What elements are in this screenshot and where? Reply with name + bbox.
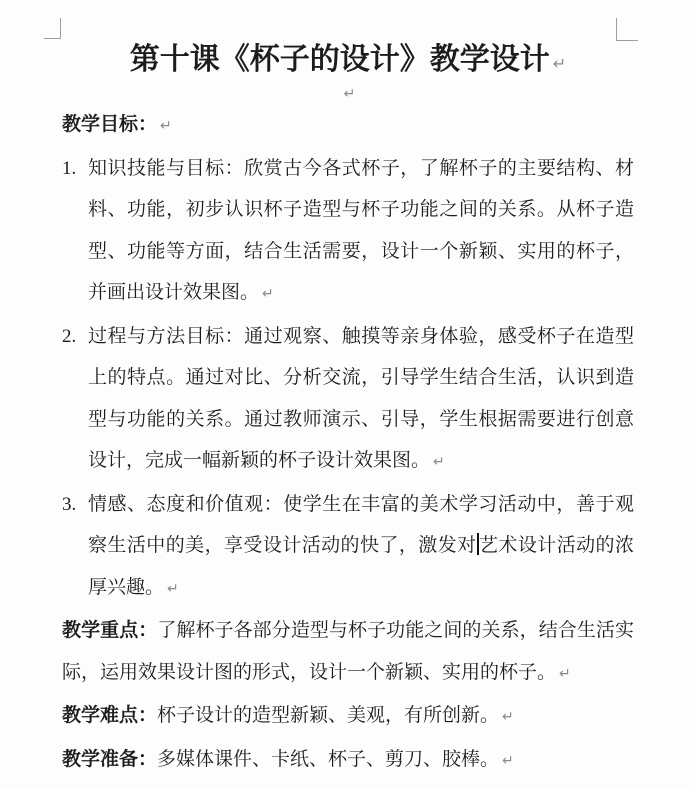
key-points-label: 教学重点： [62, 620, 157, 641]
text-run: 型与功能的关系。通过教师演示、引导，学生根据需要进行创意 [88, 409, 634, 430]
text-run: 察生活中的美，享受设计活动的快了，激发对 [88, 535, 477, 556]
difficulties-line[interactable]: 教学难点：杯子设计的造型新颖、美观，有所创新。↵ [62, 695, 634, 739]
text-run: 了解杯子各部分造型与杯子功能之间的关系，结合生活实 [157, 620, 634, 641]
list-item-3-line-3[interactable]: 厚兴趣。↵ [62, 567, 634, 611]
empty-paragraph-line[interactable]: ↵ [62, 84, 634, 104]
paragraph-mark-icon: ↵ [262, 286, 274, 302]
paragraph-mark-icon: ↵ [502, 709, 514, 725]
list-item-1-line-2[interactable]: 料、功能，初步认识杯子造型与杯子功能之间的关系。从杯子造 [62, 189, 634, 231]
key-points-line-2[interactable]: 际，运用效果设计图的形式，设计一个新颖、实用的杯子。↵ [62, 652, 634, 696]
text-run: 杯子设计的造型新颖、美观，有所创新。 [157, 705, 499, 726]
list-item-3-line-1[interactable]: 3.情感、态度和价值观：使学生在丰富的美术学习活动中，善于观 [62, 484, 634, 526]
text-run: 情感、态度和价值观：使学生在丰富的美术学习活动中，善于观 [88, 494, 634, 515]
list-item-1-line-3[interactable]: 型、功能等方面，结合生活需要，设计一个新颖、实用的杯子， [62, 231, 634, 273]
text-run: 设计，完成一幅新颖的杯子设计效果图。 [88, 450, 430, 471]
paragraph-mark-icon: ↵ [344, 86, 356, 102]
text-run: 厚兴趣。 [88, 577, 164, 598]
text-boundary-corner-top-left-icon [44, 18, 61, 39]
text-run: 上的特点。通过对比、分析交流，引导学生结合生活，认识到造 [88, 367, 634, 388]
paragraph-mark-icon: ↵ [553, 54, 566, 73]
paragraph-mark-icon: ↵ [167, 581, 179, 597]
preparation-line[interactable]: 教学准备：多媒体课件、卡纸、杯子、剪刀、胶棒。↵ [62, 739, 634, 783]
list-item-1-line-4[interactable]: 并画出设计效果图。↵ [62, 272, 634, 316]
text-run: 型、功能等方面，结合生活需要，设计一个新颖、实用的杯子， [88, 241, 634, 262]
text-run: 知识技能与目标：欣赏古今各式杯子，了解杯子的主要结构、材 [88, 158, 634, 179]
list-number: 1. [62, 148, 76, 190]
key-points-line-1[interactable]: 教学重点：了解杯子各部分造型与杯子功能之间的关系，结合生活实 [62, 610, 634, 652]
list-item-3-line-2[interactable]: 察生活中的美，享受设计活动的快了，激发对艺术设计活动的浓 [62, 525, 634, 567]
list-item-2-line-3[interactable]: 型与功能的关系。通过教师演示、引导，学生根据需要进行创意 [62, 399, 634, 441]
text-run: 艺术设计活动的浓 [479, 535, 634, 556]
difficulties-label: 教学难点： [62, 705, 157, 726]
paragraph-mark-icon: ↵ [160, 118, 172, 134]
list-item-2-line-2[interactable]: 上的特点。通过对比、分析交流，引导学生结合生活，认识到造 [62, 357, 634, 399]
list-number: 3. [62, 484, 76, 526]
paragraph-mark-icon: ↵ [502, 753, 514, 769]
list-item-1-line-1[interactable]: 1.知识技能与目标：欣赏古今各式杯子，了解杯子的主要结构、材 [62, 148, 634, 190]
preparation-label: 教学准备： [62, 749, 157, 770]
list-item-2-line-1[interactable]: 2.过程与方法目标：通过观察、触摸等亲身体验，感受杯子在造型 [62, 316, 634, 358]
text-run: 多媒体课件、卡纸、杯子、剪刀、胶棒。 [157, 749, 499, 770]
text-run: 料、功能，初步认识杯子造型与杯子功能之间的关系。从杯子造 [88, 199, 634, 220]
text-run: 过程与方法目标：通过观察、触摸等亲身体验，感受杯子在造型 [88, 326, 634, 347]
document-content: 第十课《杯子的设计》教学设计↵ ↵ 教学目标：↵ 1.知识技能与目标：欣赏古今各… [62, 0, 634, 782]
paragraph-mark-icon: ↵ [559, 666, 571, 682]
document-title: 第十课《杯子的设计》教学设计 [130, 43, 550, 76]
list-item-2-line-4[interactable]: 设计，完成一幅新颖的杯子设计效果图。↵ [62, 440, 634, 484]
goals-heading-line[interactable]: 教学目标：↵ [62, 104, 634, 148]
goals-heading-label: 教学目标： [62, 114, 157, 135]
document-title-line[interactable]: 第十课《杯子的设计》教学设计↵ [62, 40, 634, 84]
text-run: 并画出设计效果图。 [88, 282, 259, 303]
document-page[interactable]: 第十课《杯子的设计》教学设计↵ ↵ 教学目标：↵ 1.知识技能与目标：欣赏古今各… [0, 0, 694, 789]
paragraph-mark-icon: ↵ [433, 454, 445, 470]
list-number: 2. [62, 316, 76, 358]
text-run: 际，运用效果设计图的形式，设计一个新颖、实用的杯子。 [62, 662, 556, 683]
